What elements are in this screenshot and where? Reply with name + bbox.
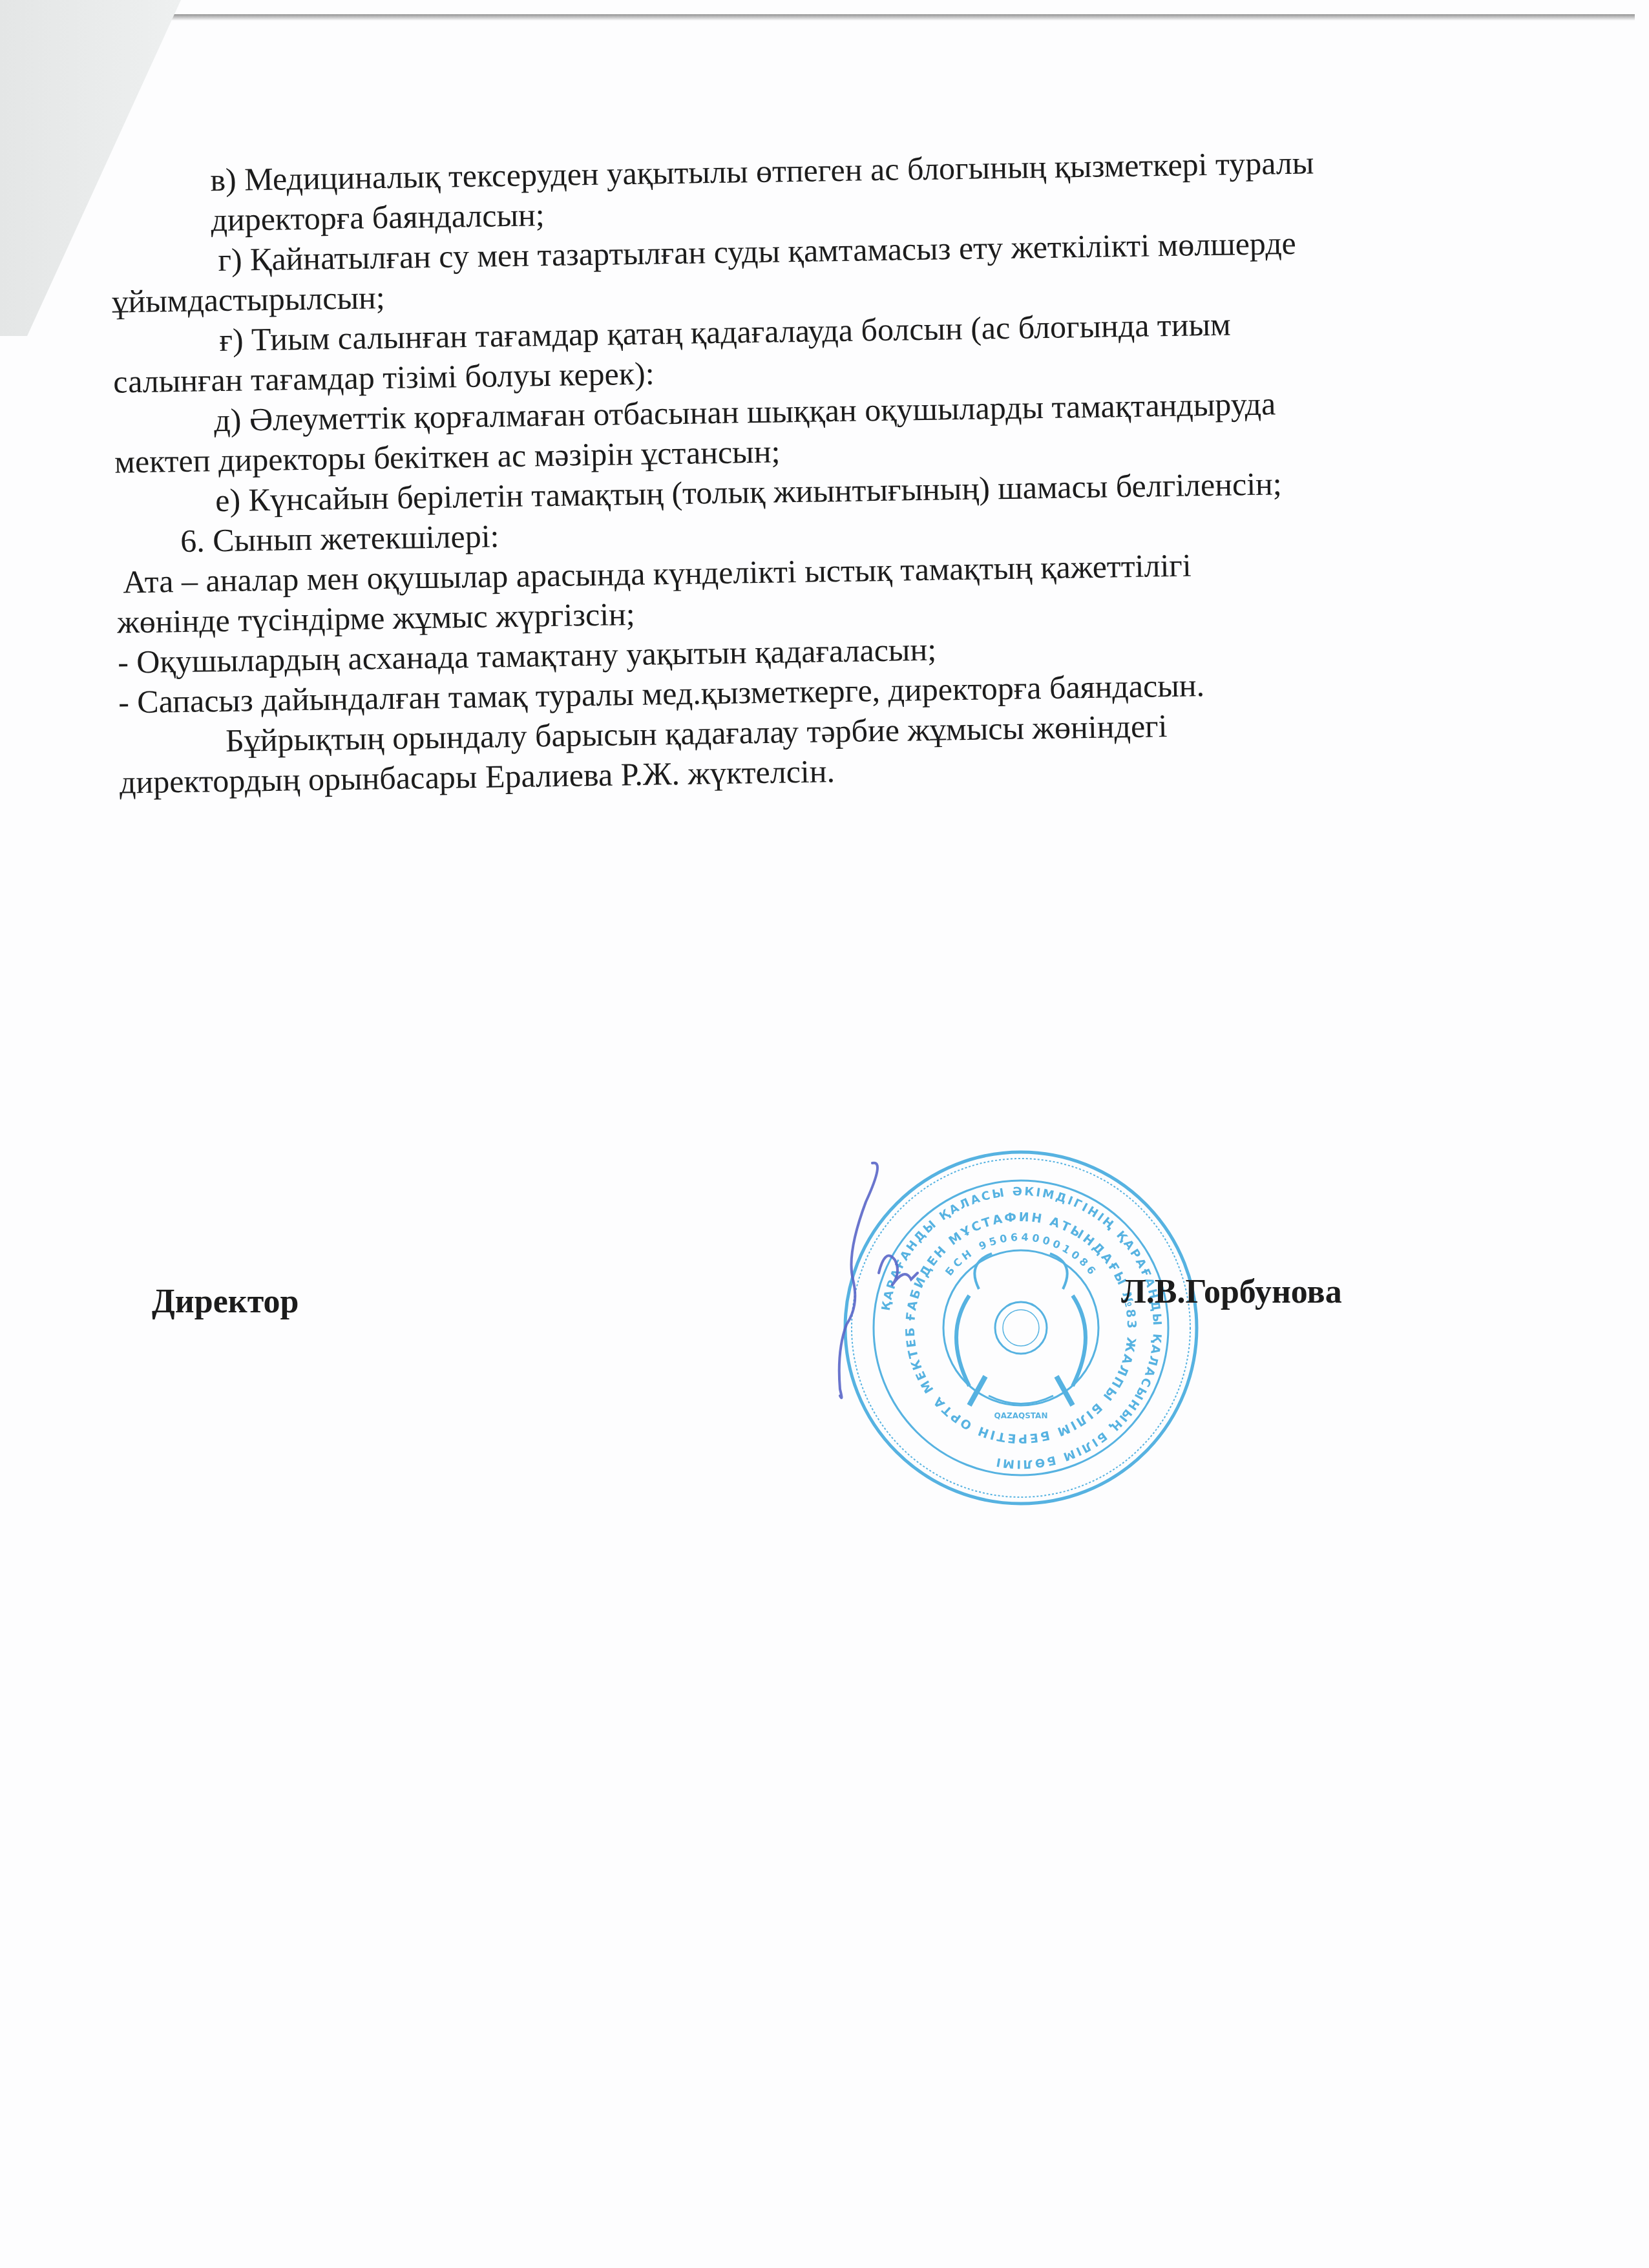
svg-text:QAZAQSTAN: QAZAQSTAN	[994, 1411, 1048, 1420]
signatory-name: Л.В.Горбунова	[1121, 1273, 1342, 1311]
handwritten-signature-icon	[834, 1157, 963, 1402]
signatory-title: Директор	[152, 1283, 299, 1321]
order-body-text: в) Медициналық тексеруден уақытылы өтпег…	[97, 139, 1528, 802]
document-page: в) Медициналық тексеруден уақытылы өтпег…	[0, 0, 1649, 2268]
